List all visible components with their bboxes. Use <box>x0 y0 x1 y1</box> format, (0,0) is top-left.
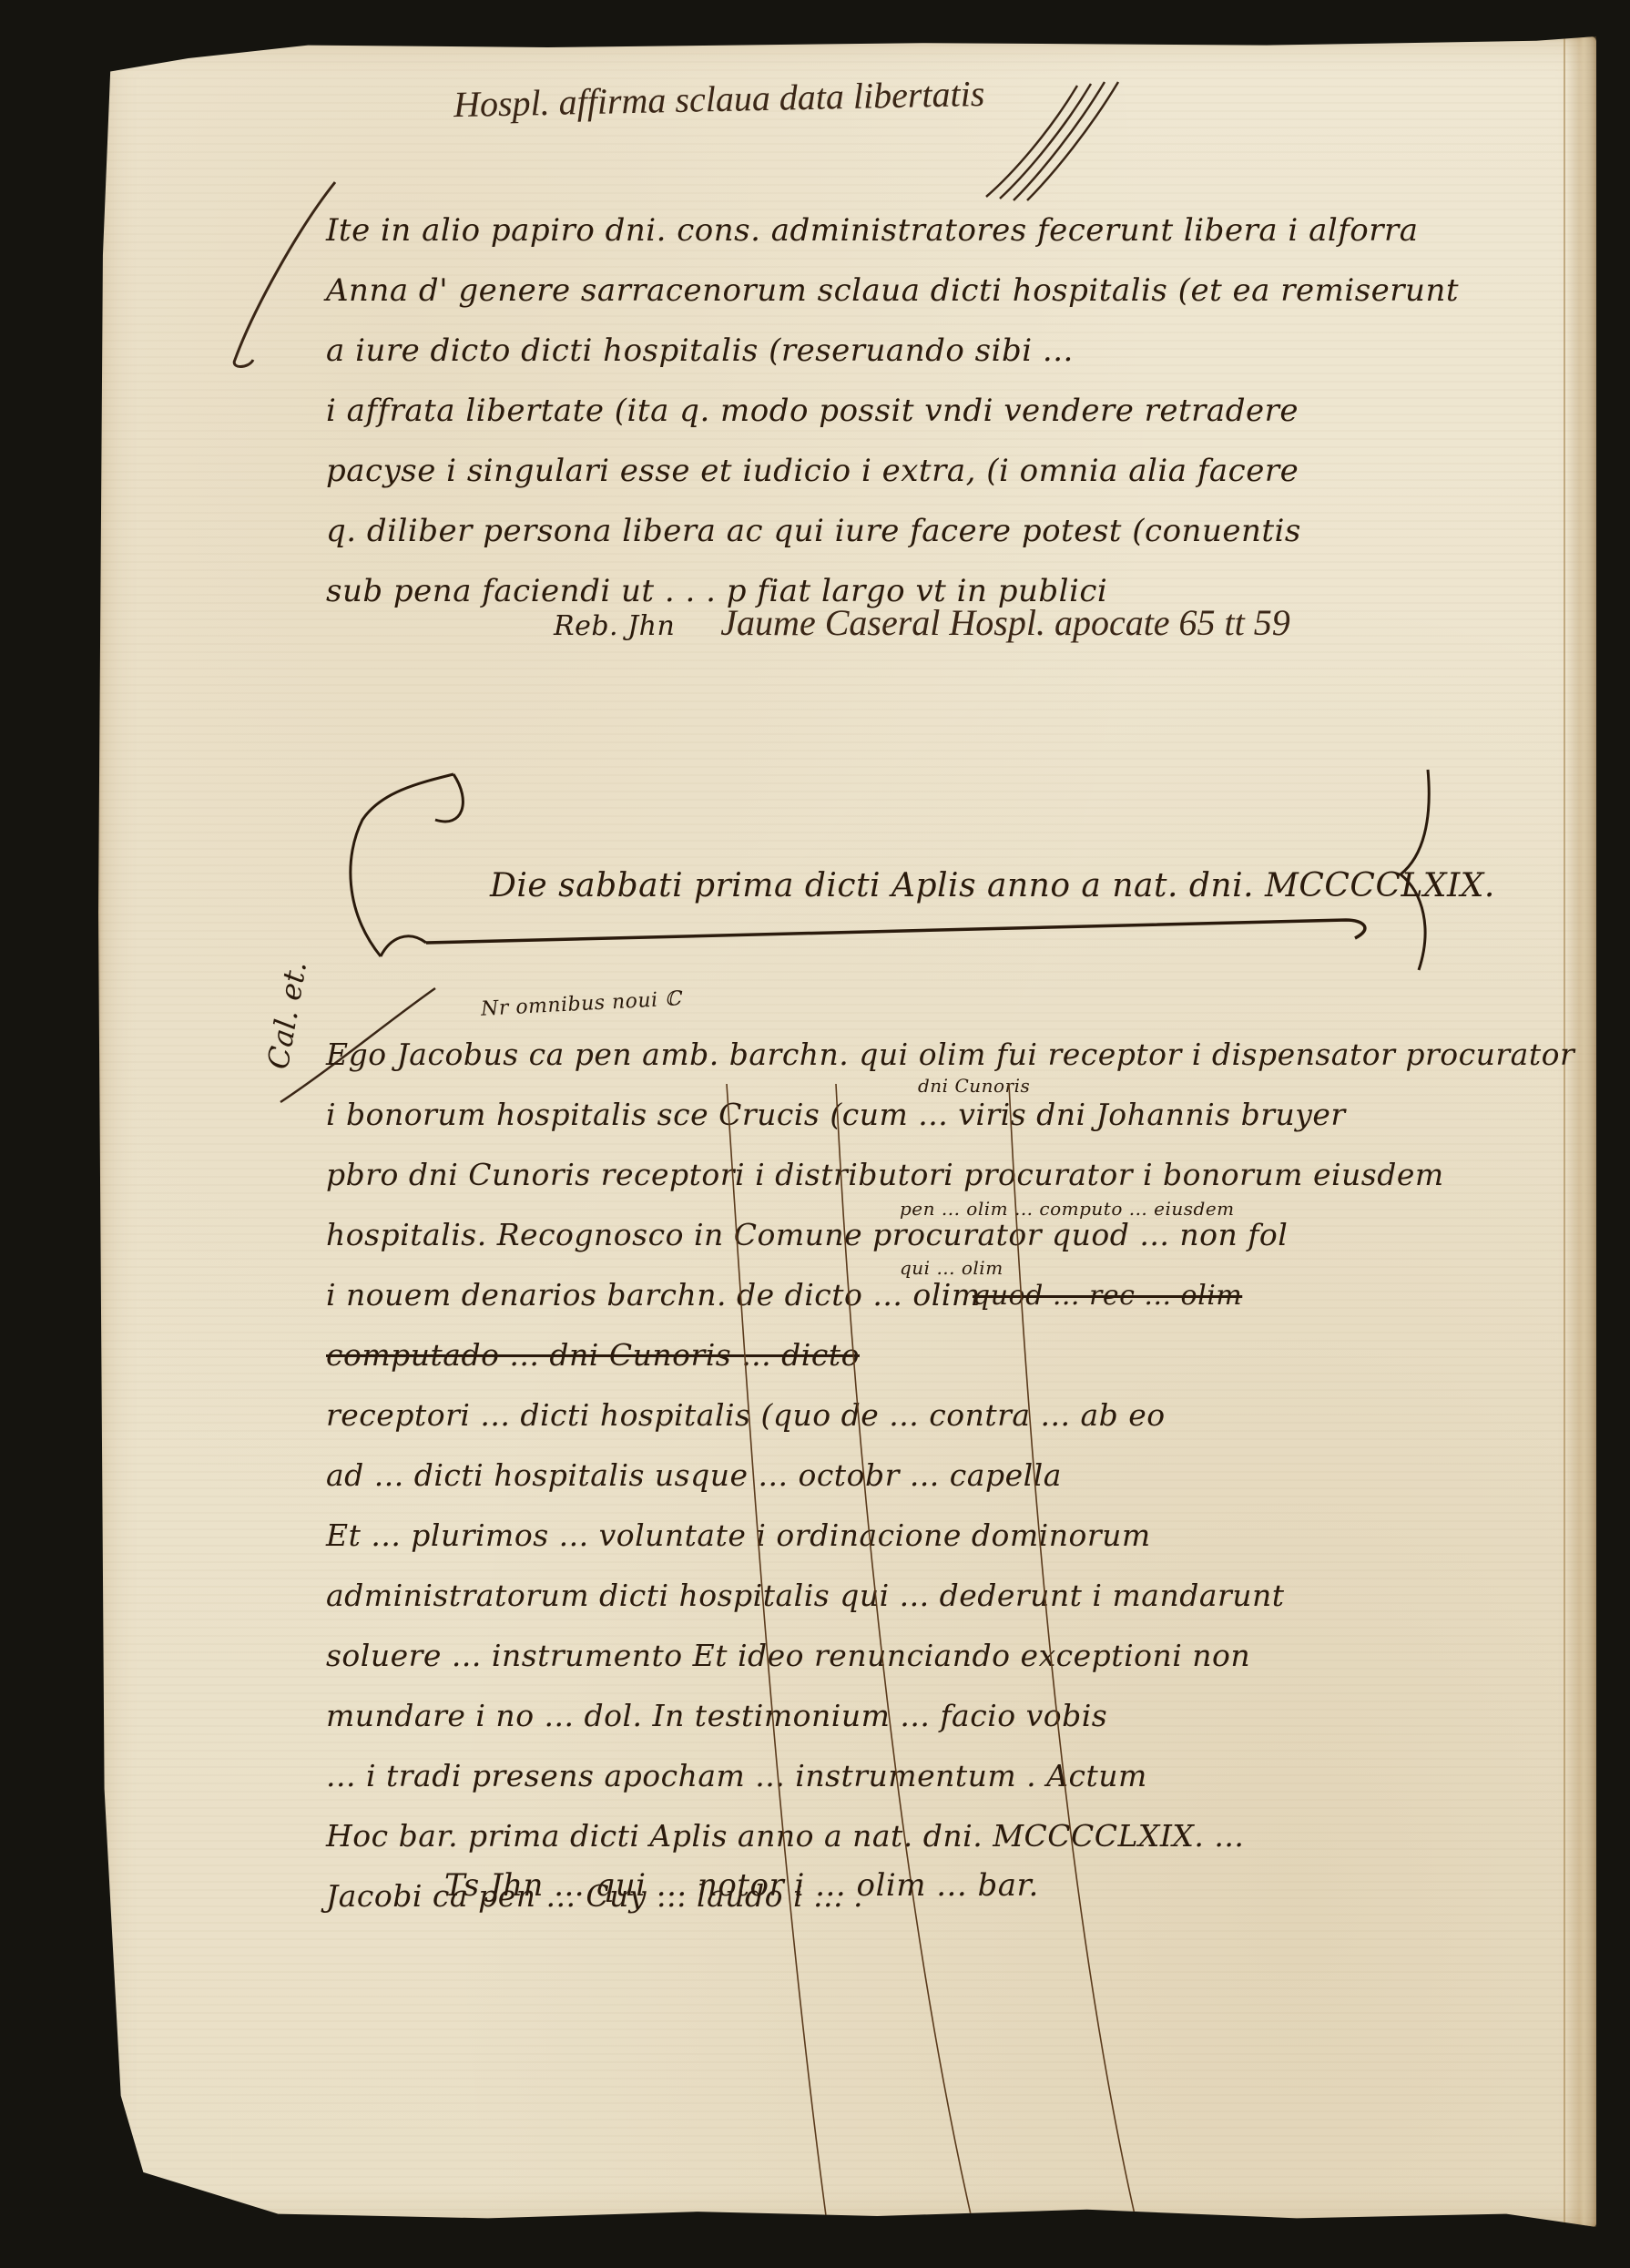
signature-text: Jaume Caseral Hospl. apocate 65 tt 59 <box>720 602 1290 643</box>
entry1-line: i affrata libertate (ita q. modo possit … <box>326 381 1601 441</box>
witness-line: Ts Jhn ... qui ... notor i ... olim ... … <box>444 1867 1039 1904</box>
entry1-line: a iure dicto dicti hospitalis (reseruand… <box>326 321 1601 381</box>
entry1-line: pacyse i singulari esse et iudicio i ext… <box>326 441 1601 501</box>
entry1-paragraph: Ite in alio papiro dni. cons. administra… <box>326 200 1601 621</box>
entry1-margin-stroke-icon <box>199 173 344 373</box>
cancellation-strokes-icon <box>718 1084 1228 2232</box>
manuscript-page: Hospl. affirma sclaua data libertatis It… <box>98 36 1596 2227</box>
signature-line: Reb. Jhn Jaume Caseral Hospl. apocate 65… <box>554 601 1290 644</box>
entry1-line: Anna d' genere sarracenorum sclaua dicti… <box>326 261 1601 321</box>
entry1-line: q. diliber persona libera ac qui iure fa… <box>326 501 1601 561</box>
small-note: Nr omnibus noui ℂ <box>480 987 681 1020</box>
heading-gloss: Hospl. affirma sclaua data libertatis <box>453 72 985 126</box>
heading-flourish-icon <box>954 73 1136 209</box>
date-brace-block: Die sabbati prima dicti Aplis anno a nat… <box>326 765 1473 975</box>
entry1-line: Ite in alio papiro dni. cons. administra… <box>326 200 1601 261</box>
date-line: Die sabbati prima dicti Aplis anno a nat… <box>490 867 1495 904</box>
signature-prefix: Reb. Jhn <box>554 610 675 642</box>
